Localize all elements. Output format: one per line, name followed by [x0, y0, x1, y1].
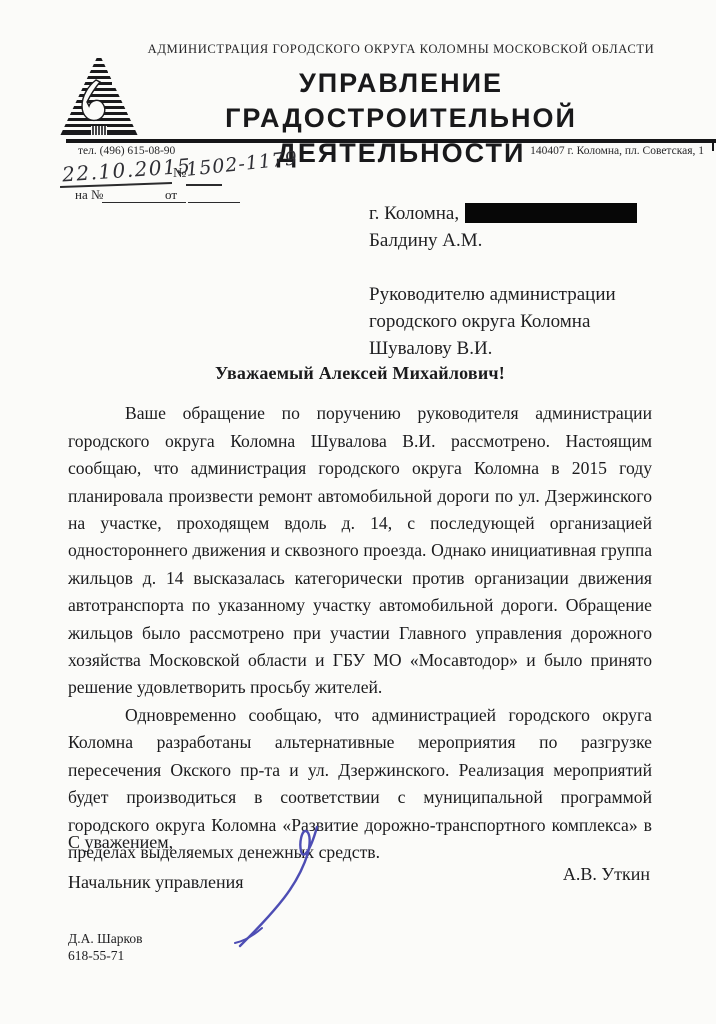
recipient-block: г. Коломна, Балдину А.М. Руководителю ад…: [369, 200, 637, 362]
reply-from-label: от: [165, 187, 177, 203]
reply-number-underline: [102, 202, 186, 203]
recipient-official-line: Руководителю администрации: [369, 281, 637, 308]
authority-line: АДМИНИСТРАЦИЯ ГОРОДСКОГО ОКРУГА КОЛОМНЫ …: [118, 42, 684, 57]
salutation: Уважаемый Алексей Михайлович!: [68, 360, 652, 387]
recipient-city: г. Коломна,: [369, 203, 459, 224]
letterhead-rule: [66, 139, 716, 143]
signer-name: А.В. Уткин: [563, 864, 650, 885]
reply-date-underline: [188, 202, 240, 203]
executor-name: Д.А. Шарков: [68, 930, 142, 947]
letter-body: Уважаемый Алексей Михайлович! Ваше обращ…: [68, 360, 652, 866]
letterhead-rule-tick: [712, 139, 714, 151]
signature-ink: [232, 822, 342, 952]
recipient-official-line: Шувалову В.И.: [369, 335, 637, 362]
recipient-official-line: городского округа Коломна: [369, 308, 637, 335]
number-underline: [186, 184, 222, 186]
redaction-bar: [465, 203, 637, 223]
executor-block: Д.А. Шарков 618-55-71: [68, 930, 142, 964]
reply-to-label: на №: [75, 187, 103, 203]
executor-phone: 618-55-71: [68, 947, 142, 964]
closing-regards: С уважением,: [68, 832, 173, 853]
signer-position: Начальник управления: [68, 872, 244, 893]
department-line1: УПРАВЛЕНИЕ ГРАДОСТРОИТЕЛЬНОЙ: [118, 66, 684, 136]
number-sign-label: №: [173, 166, 186, 182]
body-paragraph-1: Ваше обращение по поручению руководителя…: [68, 400, 652, 701]
scanned-letter-page: АДМИНИСТРАЦИЯ ГОРОДСКОГО ОКРУГА КОЛОМНЫ …: [0, 0, 716, 1024]
letterhead-address: 140407 г. Коломна, пл. Советская, 1: [530, 145, 704, 157]
recipient-name: Балдину А.М.: [369, 227, 637, 254]
